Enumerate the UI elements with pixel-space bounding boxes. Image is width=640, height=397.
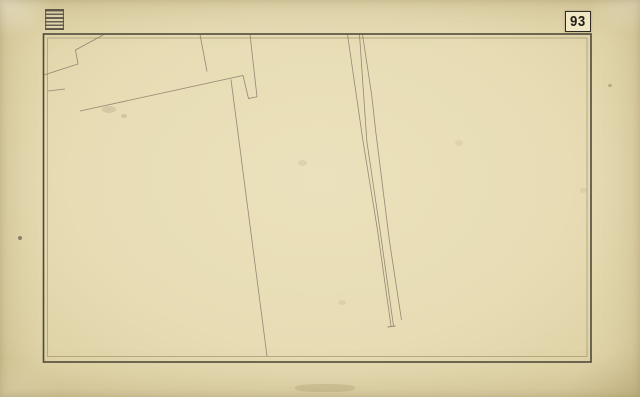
map-sheet: 93	[0, 0, 640, 397]
map-frame-inner	[48, 38, 588, 357]
parcel-boundary-lines	[44, 35, 402, 357]
boundary-short-dash	[48, 89, 65, 91]
sheet-number: 93	[570, 14, 586, 29]
archive-stamp-icon	[45, 9, 64, 30]
map-frame-outer	[44, 34, 592, 362]
boundary-diagonal-with-spur	[80, 35, 257, 112]
boundary-long-descending	[231, 80, 267, 357]
map-drawing	[0, 0, 640, 397]
boundary-short-vertical	[200, 35, 207, 72]
boundary-topleft-step	[44, 35, 104, 76]
sheet-number-label: 93	[565, 11, 591, 32]
road-end-tick	[388, 326, 396, 327]
road-west-inner	[360, 35, 394, 327]
road-east-edge	[363, 35, 402, 321]
